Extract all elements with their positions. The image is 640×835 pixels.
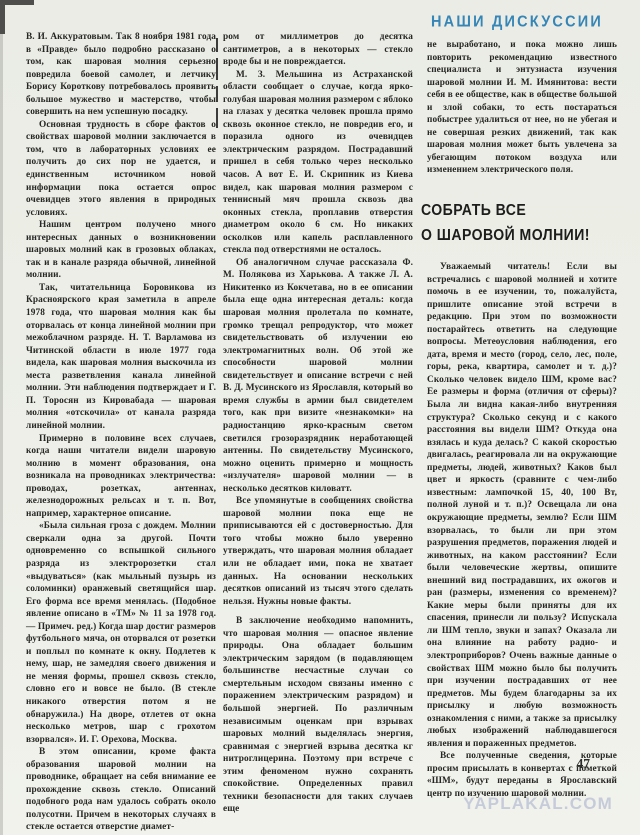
magazine-page: В. И. Аккуратовым. Так 8 ноября 1981 год… — [0, 0, 640, 835]
section-title-line1: СОБРАТЬ ВСЕ — [421, 198, 593, 223]
paragraph: В. И. Аккуратовым. Так 8 ноября 1981 год… — [26, 31, 216, 119]
column-rule-fragment — [216, 86, 218, 102]
column-rule-fragment — [216, 108, 218, 128]
scan-artifact-corner — [0, 0, 5, 34]
paragraph: Основная трудность в сборе фактов о свой… — [26, 119, 216, 219]
column-middle: ром от миллиметров до десятка сантиметро… — [223, 31, 413, 816]
column-rule-fragment — [216, 38, 218, 52]
section-title-line2: О ШАРОВОЙ МОЛНИИ! — [421, 223, 593, 248]
paragraph: ром от миллиметров до десятка сантиметро… — [223, 31, 413, 69]
column-right-body: Уважаемый читатель! Если вы встречались … — [427, 261, 617, 801]
column-right: НАШИ ДИСКУССИИ не выработано, и пока мож… — [427, 14, 617, 801]
paragraph: М. З. Мельшина из Астраханской области с… — [223, 69, 413, 257]
watermark: YAPLAKAL.COM — [463, 794, 613, 814]
column-rule-fragment — [216, 58, 218, 80]
page-edge-shadow — [0, 0, 3, 835]
page-number: 47 — [540, 756, 590, 772]
paragraph: Все упомянутые в сообщениях свойства шар… — [223, 495, 413, 608]
paragraph: В этом описании, кроме факта образования… — [26, 746, 216, 834]
paragraph: Об аналогичном случае рассказала Ф. М. П… — [223, 257, 413, 495]
scan-artifact-corner — [0, 0, 34, 5]
paragraph: не выработано, и пока можно лишь повтори… — [427, 39, 617, 177]
rubric-header: НАШИ ДИСКУССИИ — [431, 14, 617, 31]
paragraph: В заключение необходимо напомнить, что ш… — [223, 615, 413, 816]
column-left: В. И. Аккуратовым. Так 8 ноября 1981 год… — [26, 31, 216, 834]
paragraph: Нашим центром получено много интересных … — [26, 219, 216, 282]
paragraph: «Была сильная гроза с дождем. Молнии све… — [26, 520, 216, 746]
paragraph: Так, читательница Боровикова из Краснояр… — [26, 282, 216, 433]
paragraph: Примерно в половине всех случаев, когда … — [26, 433, 216, 521]
column-right-intro: не выработано, и пока можно лишь повтори… — [427, 39, 617, 177]
paragraph: Уважаемый читатель! Если вы встречались … — [427, 261, 617, 750]
section-title: СОБРАТЬ ВСЕ О ШАРОВОЙ МОЛНИИ! — [421, 198, 593, 248]
